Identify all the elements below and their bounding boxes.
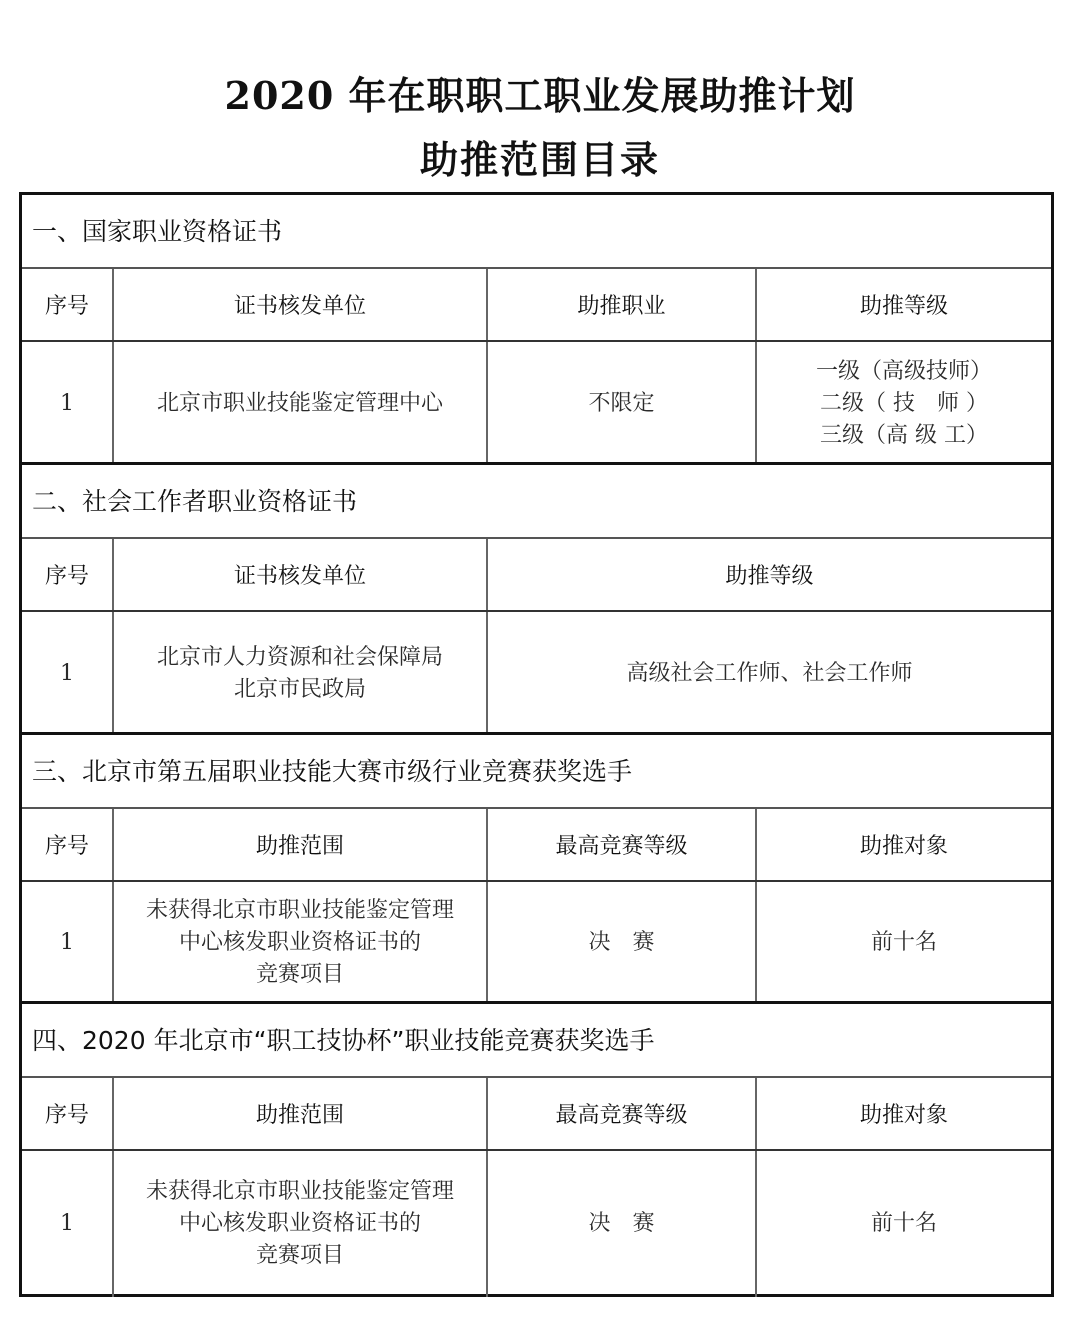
cell-index: 1 — [22, 612, 112, 735]
cell-levels: 一级（高级技师） 二级（ 技 师 ） 三级（高 级 工） — [755, 342, 1051, 465]
header-level: 助推等级 — [755, 269, 1051, 340]
level-line: 一级（高级技师） — [816, 356, 992, 388]
header-index: 序号 — [22, 809, 112, 880]
header-index: 序号 — [22, 539, 112, 610]
table-row: 1 北京市人力资源和社会保障局 北京市民政局 高级社会工作师、社会工作师 — [22, 612, 1051, 735]
section-social-worker-certificate: 二、社会工作者职业资格证书 序号 证书核发单位 助推等级 1 北京市人力资源和社… — [22, 462, 1051, 735]
section-title: 三、北京市第五届职业技能大赛市级行业竞赛获奖选手 — [22, 735, 1051, 809]
section-fifth-skills-competition: 三、北京市第五届职业技能大赛市级行业竞赛获奖选手 序号 助推范围 最高竞赛等级 … — [22, 732, 1051, 1004]
header-competition-level: 最高竞赛等级 — [486, 809, 755, 880]
cell-issuer: 北京市职业技能鉴定管理中心 — [112, 342, 486, 465]
section-skills-association-cup: 四、2020 年北京市“职工技协杯”职业技能竞赛获奖选手 序号 助推范围 最高竞… — [22, 1001, 1051, 1294]
header-occupation: 助推职业 — [486, 269, 755, 340]
scope-line: 中心核发职业资格证书的 — [179, 1208, 421, 1240]
scope-line: 竞赛项目 — [256, 959, 344, 991]
table-header-row: 序号 证书核发单位 助推职业 助推等级 — [22, 269, 1051, 342]
header-index: 序号 — [22, 1078, 112, 1149]
cell-scope: 未获得北京市职业技能鉴定管理 中心核发职业资格证书的 竞赛项目 — [112, 1151, 486, 1297]
level-line: 三级（高 级 工） — [820, 420, 988, 452]
issuer-line: 北京市人力资源和社会保障局 — [157, 642, 443, 674]
header-level: 助推等级 — [486, 539, 1051, 610]
header-index: 序号 — [22, 269, 112, 340]
table-row: 1 北京市职业技能鉴定管理中心 不限定 一级（高级技师） 二级（ 技 师 ） 三… — [22, 342, 1051, 465]
cell-target: 前十名 — [755, 1151, 1051, 1297]
header-issuer: 证书核发单位 — [112, 539, 486, 610]
cell-occupation: 不限定 — [486, 342, 755, 465]
table-header-row: 序号 助推范围 最高竞赛等级 助推对象 — [22, 1078, 1051, 1151]
section-title: 一、国家职业资格证书 — [22, 195, 1051, 269]
header-scope: 助推范围 — [112, 1078, 486, 1149]
scope-line: 未获得北京市职业技能鉴定管理 — [146, 895, 454, 927]
cell-level: 高级社会工作师、社会工作师 — [486, 612, 1051, 735]
cell-competition-level: 决 赛 — [486, 1151, 755, 1297]
cell-index: 1 — [22, 342, 112, 465]
section-national-certificate: 一、国家职业资格证书 序号 证书核发单位 助推职业 助推等级 1 北京市职业技能… — [22, 195, 1051, 465]
cell-competition-level: 决 赛 — [486, 882, 755, 1004]
cell-index: 1 — [22, 882, 112, 1004]
header-target: 助推对象 — [755, 809, 1051, 880]
header-scope: 助推范围 — [112, 809, 486, 880]
section-title: 二、社会工作者职业资格证书 — [22, 465, 1051, 539]
scope-table: 一、国家职业资格证书 序号 证书核发单位 助推职业 助推等级 1 北京市职业技能… — [19, 192, 1054, 1297]
scope-line: 未获得北京市职业技能鉴定管理 — [146, 1176, 454, 1208]
scope-line: 中心核发职业资格证书的 — [179, 927, 421, 959]
table-header-row: 序号 证书核发单位 助推等级 — [22, 539, 1051, 612]
header-issuer: 证书核发单位 — [112, 269, 486, 340]
cell-issuer: 北京市人力资源和社会保障局 北京市民政局 — [112, 612, 486, 735]
issuer-line: 北京市民政局 — [234, 674, 366, 706]
scope-line: 竞赛项目 — [256, 1240, 344, 1272]
table-header-row: 序号 助推范围 最高竞赛等级 助推对象 — [22, 809, 1051, 882]
document-subtitle: 助推范围目录 — [0, 132, 1080, 188]
cell-index: 1 — [22, 1151, 112, 1297]
table-row: 1 未获得北京市职业技能鉴定管理 中心核发职业资格证书的 竞赛项目 决 赛 前十… — [22, 1151, 1051, 1297]
table-row: 1 未获得北京市职业技能鉴定管理 中心核发职业资格证书的 竞赛项目 决 赛 前十… — [22, 882, 1051, 1004]
header-competition-level: 最高竞赛等级 — [486, 1078, 755, 1149]
section-title: 四、2020 年北京市“职工技协杯”职业技能竞赛获奖选手 — [22, 1004, 1051, 1078]
document-title: 2020 年在职职工职业发展助推计划 — [0, 68, 1080, 124]
cell-scope: 未获得北京市职业技能鉴定管理 中心核发职业资格证书的 竞赛项目 — [112, 882, 486, 1004]
header-target: 助推对象 — [755, 1078, 1051, 1149]
cell-target: 前十名 — [755, 882, 1051, 1004]
level-line: 二级（ 技 师 ） — [820, 388, 988, 420]
